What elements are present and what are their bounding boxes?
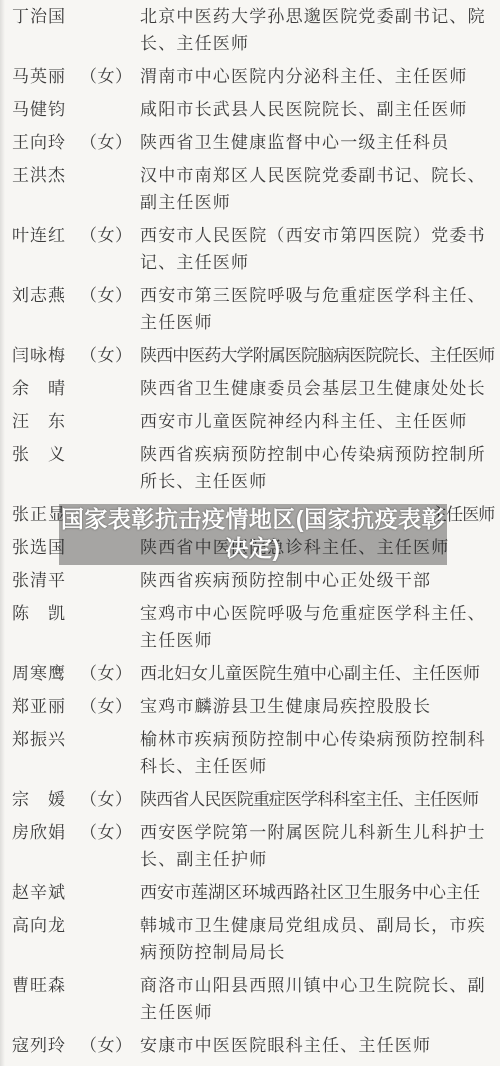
person-name: 刘志燕 <box>12 282 80 309</box>
gender-label: （女） <box>80 129 140 156</box>
person-name: 马英丽 <box>12 63 80 90</box>
table-row: 张清平陕西省疾病预防控制中心正处级干部 <box>12 567 500 594</box>
position-desc: 西北妇女儿童医院生殖中心副主任、主任医师 <box>140 660 488 687</box>
person-name: 王洪杰 <box>12 162 80 189</box>
person-name: 余 晴 <box>12 375 80 402</box>
position-desc: 咸阳市长武县人民医院院长、副主任医师 <box>140 96 488 123</box>
table-row: 王洪杰汉中市南郑区人民医院党委副书记、院长、副主任医师 <box>12 162 500 216</box>
person-name: 宗 媛 <box>12 786 80 813</box>
gender-label: （女） <box>80 786 140 813</box>
table-row: 郑亚丽（女）宝鸡市麟游县卫生健康局疾控股股长 <box>12 693 500 720</box>
table-row: 丁治国北京中医药大学孙思邈医院党委副书记、院长、主任医师 <box>12 3 500 57</box>
gender-label: （女） <box>80 660 140 687</box>
table-row: 宗 媛（女）陕西省人民医院重症医学科科室主任、主任医师 <box>12 786 500 813</box>
gender-label: （女） <box>80 63 140 90</box>
table-row: 马健钧咸阳市长武县人民医院院长、副主任医师 <box>12 96 500 123</box>
table-row: 马英丽（女）渭南市中心医院内分泌科主任、主任医师 <box>12 63 500 90</box>
table-row: 王向玲（女）陕西省卫生健康监督中心一级主任科员 <box>12 129 500 156</box>
position-desc: 陕西省疾病预防控制中心传染病预防控制所所长、主任医师 <box>140 441 488 495</box>
person-name: 房欣娟 <box>12 819 80 846</box>
position-desc: 安康市中医医院眼科主任、主任医师 <box>140 1032 488 1059</box>
table-row: 周寒鹰（女）西北妇女儿童医院生殖中心副主任、主任医师 <box>12 660 500 687</box>
person-name: 高向龙 <box>12 912 80 939</box>
person-name: 闫咏梅 <box>12 342 80 369</box>
position-desc: 宝鸡市麟游县卫生健康局疾控股股长 <box>140 693 488 720</box>
position-desc: 韩城市卫生健康局党组成员、副局长，市疾病预防控制局局长 <box>140 912 488 966</box>
position-desc: 西安市儿童医院神经内科主任、主任医师 <box>140 408 488 435</box>
person-name: 曹旺森 <box>12 972 80 999</box>
position-desc: 西安市人民医院（西安市第四医院）党委书记、主任医师 <box>140 222 488 276</box>
person-name: 马健钧 <box>12 96 80 123</box>
person-name: 陈 凯 <box>12 600 80 627</box>
position-desc: 渭南市中心医院内分泌科主任、主任医师 <box>140 63 488 90</box>
position-desc: 陕西省人民医院重症医学科科室主任、主任医师 <box>140 786 488 813</box>
caption-title: 国家表彰抗击疫情地区(国家抗疫表彰决定) <box>61 506 445 561</box>
person-name: 叶连红 <box>12 222 80 249</box>
person-name: 丁治国 <box>12 3 80 30</box>
person-name: 赵辛斌 <box>12 879 80 906</box>
table-row: 曹旺森商洛市山阳县西照川镇中心卫生院院长、副主任医师 <box>12 972 500 1026</box>
person-name: 郑振兴 <box>12 726 80 753</box>
gender-label: （女） <box>80 693 140 720</box>
person-name: 张清平 <box>12 567 80 594</box>
gender-label: （女） <box>80 282 140 309</box>
table-row: 郑振兴榆林市疾病预防控制中心传染病预防控制科科长、主任医师 <box>12 726 500 780</box>
table-row: 房欣娟（女）西安医学院第一附属医院儿科新生儿科护士长、副主任护师 <box>12 819 500 873</box>
person-name: 寇列玲 <box>12 1032 80 1059</box>
person-name: 王向玲 <box>12 129 80 156</box>
table-row: 张 义陕西省疾病预防控制中心传染病预防控制所所长、主任医师 <box>12 441 500 495</box>
gender-label: （女） <box>80 819 140 846</box>
gender-label: （女） <box>80 342 140 369</box>
table-row: 叶连红（女）西安市人民医院（西安市第四医院）党委书记、主任医师 <box>12 222 500 276</box>
table-row: 高向龙韩城市卫生健康局党组成员、副局长，市疾病预防控制局局长 <box>12 912 500 966</box>
table-row: 刘志燕（女）西安市第三医院呼吸与危重症医学科主任、主任医师 <box>12 282 500 336</box>
table-row: 余 晴陕西省卫生健康委员会基层卫生健康处处长 <box>12 375 500 402</box>
position-desc: 陕西中医药大学附属医院脑病医院院长、主任医师 <box>140 342 488 369</box>
table-row: 陈 凯宝鸡市中心医院呼吸与危重症医学科主任、主任医师 <box>12 600 500 654</box>
position-desc: 宝鸡市中心医院呼吸与危重症医学科主任、主任医师 <box>140 600 488 654</box>
position-desc: 西安医学院第一附属医院儿科新生儿科护士长、副主任护师 <box>140 819 488 873</box>
position-desc: 北京中医药大学孙思邈医院党委副书记、院长、主任医师 <box>140 3 488 57</box>
gender-label: （女） <box>80 1032 140 1059</box>
gender-label: （女） <box>80 222 140 249</box>
position-desc: 汉中市南郑区人民医院党委副书记、院长、副主任医师 <box>140 162 488 216</box>
position-desc: 西安市莲湖区环城西路社区卫生服务中心主任 <box>140 879 488 906</box>
table-row: 寇列玲（女）安康市中医医院眼科主任、主任医师 <box>12 1032 500 1059</box>
table-row: 汪 东西安市儿童医院神经内科主任、主任医师 <box>12 408 500 435</box>
person-name: 张 义 <box>12 441 80 468</box>
table-row: 赵辛斌西安市莲湖区环城西路社区卫生服务中心主任 <box>12 879 500 906</box>
position-desc: 西安市第三医院呼吸与危重症医学科主任、主任医师 <box>140 282 488 336</box>
table-row: 闫咏梅（女）陕西中医药大学附属医院脑病医院院长、主任医师 <box>12 342 500 369</box>
position-desc: 商洛市山阳县西照川镇中心卫生院院长、副主任医师 <box>140 972 488 1026</box>
position-desc: 陕西省卫生健康委员会基层卫生健康处处长 <box>140 375 488 402</box>
position-desc: 陕西省卫生健康监督中心一级主任科员 <box>140 129 488 156</box>
person-name: 汪 东 <box>12 408 80 435</box>
caption-overlay: 国家表彰抗击疫情地区(国家抗疫表彰决定) <box>59 504 447 565</box>
person-name: 郑亚丽 <box>12 693 80 720</box>
person-name: 周寒鹰 <box>12 660 80 687</box>
position-desc: 榆林市疾病预防控制中心传染病预防控制科科长、主任医师 <box>140 726 488 780</box>
position-desc: 陕西省疾病预防控制中心正处级干部 <box>140 567 488 594</box>
